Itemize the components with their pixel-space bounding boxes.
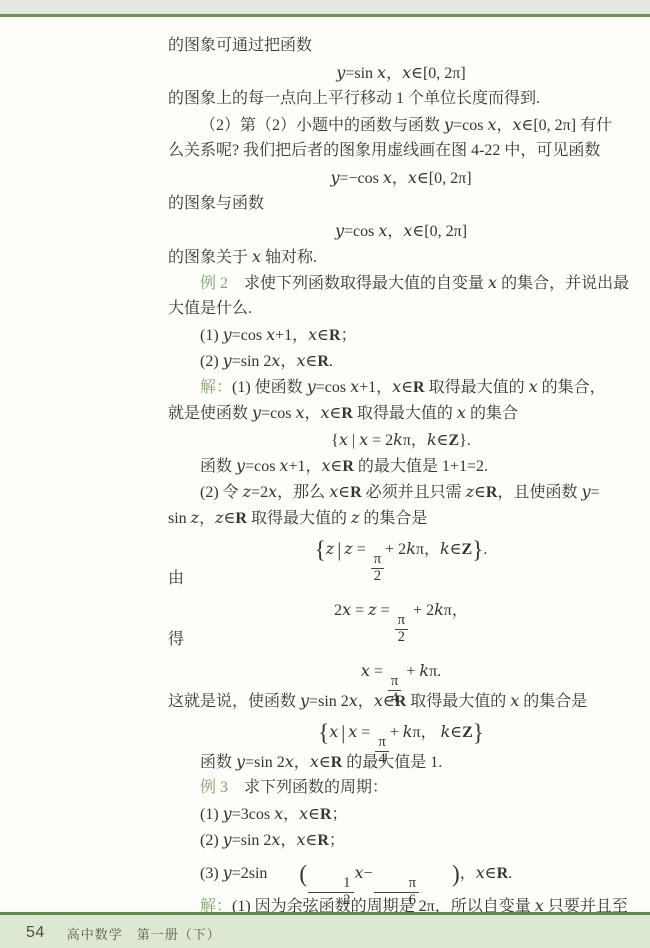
formula-line: x = π4 + kπ. bbox=[168, 653, 634, 688]
textbook-page: 的图象可通过把函数y=sin x，x∈[0, 2π]的图象上的每一点向上平行移动… bbox=[0, 0, 650, 948]
fraction: π2 bbox=[395, 613, 408, 645]
text-line: 这就是说，使函数 y=sin 2x，x∈R 取得最大值的 x 的集合是 bbox=[168, 688, 634, 714]
text-line: 大值是什么. bbox=[168, 296, 634, 322]
text-line: 就是使函数 y=cos x，x∈R 取得最大值的 x 的集合 bbox=[168, 400, 634, 426]
text-line: 函数 y=cos x+1，x∈R 的最大值是 1+1=2. bbox=[168, 453, 634, 479]
example-3-heading: 例 3 求下列函数的周期： bbox=[168, 775, 634, 801]
page-content: 的图象可通过把函数y=sin x，x∈[0, 2π]的图象上的每一点向上平行移动… bbox=[0, 17, 650, 912]
footer-band: 54 高中数学 第一册（下） bbox=[0, 912, 650, 948]
example-2-heading: 例 2 求使下列函数取得最大值的自变量 x 的集合，并说出最 bbox=[168, 270, 634, 296]
formula-line: {x | x = 2kπ，k∈Z}. bbox=[168, 426, 634, 453]
formula-line: y=−cos x，x∈[0, 2π] bbox=[168, 164, 634, 191]
page-number: 54 bbox=[26, 924, 45, 942]
text-line: (2) 令 z=2x，那么 x∈R 必须并且只需 z∈R，且使函数 y= bbox=[168, 479, 634, 505]
solution-line: 解：(1) 使函数 y=cos x+1，x∈R 取得最大值的 x 的集合， bbox=[168, 374, 634, 400]
item-2-line: (2) y=sin 2x，x∈R； bbox=[168, 827, 634, 853]
item-2-line: (2) y=sin 2x，x∈R. bbox=[168, 348, 634, 374]
item-3-line: (3) y=2sin(12x−π6)，x∈R. bbox=[168, 853, 634, 893]
text-line: 的图象关于 x 轴对称. bbox=[168, 244, 634, 270]
formula-line: {x|x = π4+ kπ， k∈Z} bbox=[168, 714, 634, 749]
fraction: π2 bbox=[371, 552, 384, 584]
item-1-line: (1) y=cos x+1，x∈R； bbox=[168, 322, 634, 348]
text-line: 函数 y=sin 2x，x∈R 的最大值是 1. bbox=[168, 749, 634, 775]
item-1-line: (1) y=3cos x，x∈R； bbox=[168, 801, 634, 827]
book-title: 高中数学 第一册（下） bbox=[67, 924, 221, 943]
text-line: 的图象上的每一点向上平行移动 1 个单位长度而得到. bbox=[168, 86, 634, 112]
formula-line: y=cos x，x∈[0, 2π] bbox=[168, 217, 634, 244]
text-line: 的图象与函数 bbox=[168, 191, 634, 217]
formula-line: {z|z = π2+ 2kπ，k∈Z}. bbox=[168, 531, 634, 566]
text-line: 的图象可通过把函数 bbox=[168, 33, 634, 59]
formula-line: 2x = z = π2 + 2kπ， bbox=[168, 592, 634, 627]
text-line: 由 bbox=[168, 566, 634, 592]
formula-line: y=sin x，x∈[0, 2π] bbox=[168, 59, 634, 86]
text-line: （2）第（2）小题中的函数与函数 y=cos x，x∈[0, 2π] 有什 bbox=[168, 112, 634, 138]
top-decorative-band bbox=[0, 0, 650, 17]
text-line: 么关系呢? 我们把后者的图象用虚线画在图 4-22 中，可见函数 bbox=[168, 138, 634, 164]
text-line: sin z，z∈R 取得最大值的 z 的集合是 bbox=[168, 505, 634, 531]
